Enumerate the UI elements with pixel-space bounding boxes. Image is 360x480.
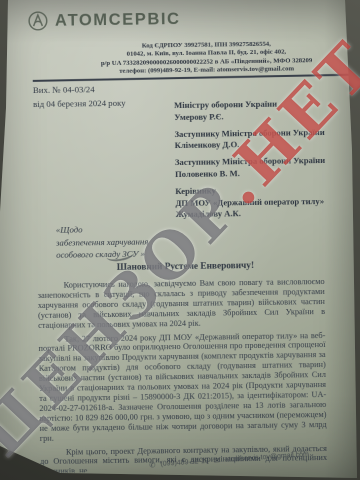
- addressee-group: Заступнику Міністра оборони України Клім…: [174, 126, 346, 152]
- addressee-line: Половенко В. М.: [175, 167, 347, 181]
- addressee-line: Жумаділову А.К.: [176, 207, 348, 221]
- addressee-group: Міністру оборони України Умерову Р.Є.: [174, 98, 346, 124]
- letter-body: Користуючись нагодою, засвідчуємо Вам св…: [38, 277, 328, 473]
- envelope-icon: ✉: [213, 456, 220, 465]
- addressee-line: Заступнику Міністра оборони України: [175, 155, 347, 169]
- company-contact-block: Код ЄДРПОУ 39927581, ІПН 399275826554, 0…: [75, 40, 337, 77]
- subject-block: «Щодо забезпечення харчування особового …: [56, 222, 149, 261]
- atom-icon: [27, 10, 49, 32]
- reference-block: Вих. № 04-03/24 від 04 березня 2024 року: [33, 83, 126, 111]
- addressee-line: Умерову Р.Є.: [174, 109, 346, 123]
- salutation: Шановний Рустеме Енверовичу!: [35, 260, 335, 274]
- paragraph: Користуючись нагодою, засвідчуємо Вам св…: [38, 277, 326, 331]
- addressee-line: Кліменкову Д.О.: [175, 138, 347, 152]
- document-content: АТОМСЕРВІС Код ЄДРПОУ 39927581, ІПН 3992…: [0, 0, 360, 480]
- addressee-group: Керівнику ДП МОУ «Державний оператор тил…: [175, 184, 347, 221]
- paragraph: Так, 27 лютого 2024 року ДП МОУ «Державн…: [38, 331, 326, 444]
- company-name: АТОМСЕРВІС: [55, 9, 181, 30]
- document-page: АТОМСЕРВІС Код ЄДРПОУ 39927581, ІПН 3992…: [0, 0, 360, 480]
- subject-line: особового складу ЗСУ »: [56, 247, 148, 261]
- company-logo-row: АТОМСЕРВІС: [27, 8, 181, 32]
- letter-date: від 04 березня 2024 року: [33, 96, 126, 111]
- addressee-group: Заступнику Міністра оборони України Поло…: [175, 155, 347, 181]
- photo-background: АТОМСЕРВІС Код ЄДРПОУ 39927581, ІПН 3992…: [0, 0, 360, 480]
- addressee-block: Міністру оборони України Умерову Р.Є. За…: [174, 98, 348, 227]
- phone-icon: ✆: [149, 460, 156, 469]
- outgoing-number: Вих. № 04-03/24: [33, 83, 126, 98]
